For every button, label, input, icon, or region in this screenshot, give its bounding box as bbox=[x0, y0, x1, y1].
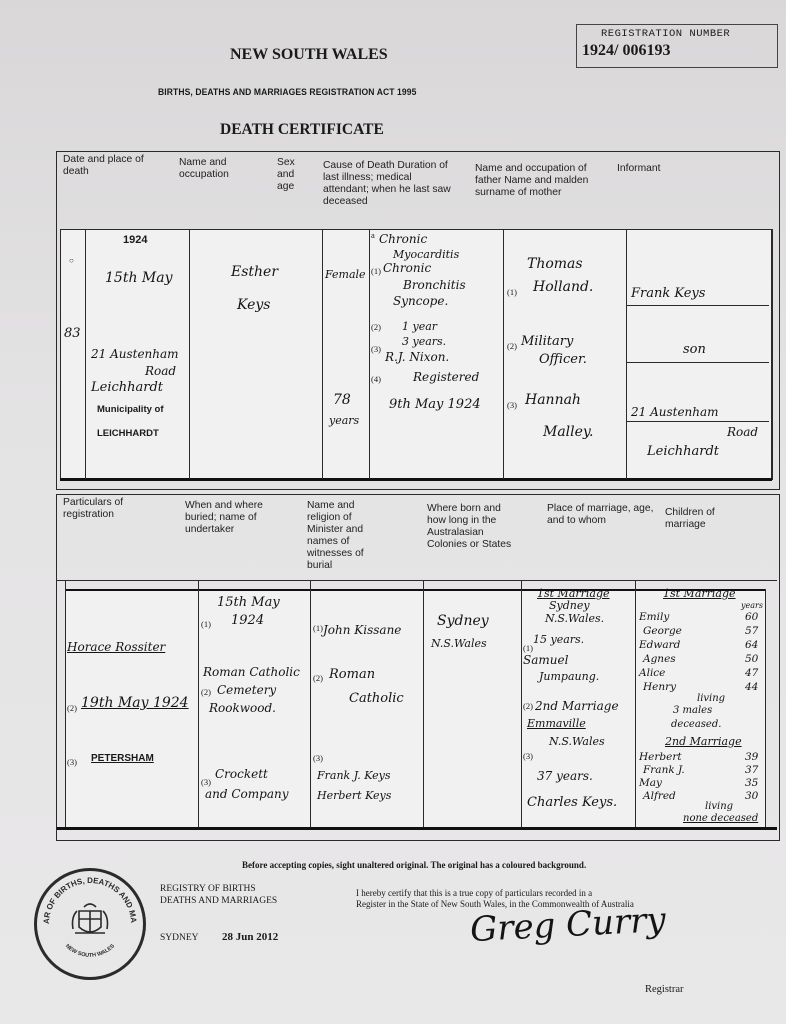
death-details-table: Date and place of death Name and occupat… bbox=[56, 151, 780, 490]
marker-3: (3) bbox=[507, 400, 517, 410]
burial-date-line1: 15th May bbox=[217, 595, 280, 610]
deceased-first-name: Esther bbox=[231, 264, 278, 280]
child-age: 37 bbox=[745, 764, 758, 776]
header-informant: Informant bbox=[617, 163, 697, 175]
marker-3: (3) bbox=[371, 344, 381, 354]
header-children: Children of marriage bbox=[665, 507, 745, 531]
marker-2: (2) bbox=[507, 341, 517, 351]
registration-date: 19th May 1924 bbox=[81, 695, 189, 711]
seal-ring-text: REGISTRAR OF BIRTHS, DEATHS AND MARRIAGE… bbox=[37, 871, 143, 977]
age-unit: years bbox=[329, 414, 359, 427]
registration-number-box: REGISTRATION NUMBER 1924/ 006193 bbox=[576, 24, 778, 68]
religion-line1: Roman bbox=[329, 667, 375, 682]
child-age: 64 bbox=[745, 639, 758, 651]
copy-warning-note: Before accepting copies, sight unaltered… bbox=[242, 860, 586, 870]
father-first-name: Thomas bbox=[527, 256, 583, 272]
death-address-line2: Road bbox=[145, 364, 176, 378]
header-birthplace: Where born and how long in the Australas… bbox=[427, 503, 522, 551]
child-age: 44 bbox=[745, 681, 758, 693]
undertaker-line1: Crockett bbox=[215, 767, 268, 781]
registry-office-line2: DEATHS AND MARRIAGES bbox=[160, 895, 277, 907]
duration-b: 3 years. bbox=[402, 335, 446, 348]
municipality-name: LEICHHARDT bbox=[97, 428, 159, 439]
informant-relation: son bbox=[683, 342, 706, 357]
child-name: Henry bbox=[643, 681, 676, 693]
registration-number-label: REGISTRATION NUMBER bbox=[601, 28, 730, 40]
marriage2-label: 2nd Marriage bbox=[535, 699, 619, 713]
marker-3: (3) bbox=[67, 757, 77, 767]
age-value: 78 bbox=[333, 392, 351, 408]
registry-office: REGISTRY OF BIRTHS DEATHS AND MARRIAGES bbox=[160, 883, 277, 907]
marker-2: (2) bbox=[67, 703, 77, 713]
child-age: 39 bbox=[745, 751, 758, 763]
marriage2-age: 37 years. bbox=[537, 769, 593, 783]
registrar-name: Horace Rossiter bbox=[67, 640, 165, 654]
father-occupation-line1: Military bbox=[521, 334, 573, 349]
cause-b-line1: Chronic bbox=[383, 261, 431, 275]
svg-text:REGISTRAR OF BIRTHS, DEATHS AN: REGISTRAR OF BIRTHS, DEATHS AND MARRIAGE… bbox=[37, 871, 138, 924]
undertaker-line2: and Company bbox=[205, 787, 289, 801]
child-age: 35 bbox=[745, 777, 758, 789]
header-name-occupation: Name and occupation bbox=[179, 157, 249, 181]
marriage1-spouse-line1: Samuel bbox=[523, 653, 568, 667]
registration-place: PETERSHAM bbox=[91, 753, 154, 764]
burial-date-line2: 1924 bbox=[231, 613, 264, 628]
entry-number: 83 bbox=[64, 326, 81, 341]
children-second-marriage-label: 2nd Marriage bbox=[665, 735, 742, 748]
header-marriage: Place of marriage, age, and to whom bbox=[547, 503, 657, 527]
marriage2-spouse: Charles Keys. bbox=[527, 795, 617, 810]
informant-address-line1: 21 Austenham bbox=[631, 405, 719, 419]
marker-1: (1) bbox=[313, 623, 323, 633]
birthplace-line1: Sydney bbox=[437, 613, 489, 629]
first-marriage-note-line1: living bbox=[697, 693, 725, 704]
registry-office-line1: REGISTRY OF BIRTHS bbox=[160, 883, 277, 895]
marker-4: (4) bbox=[371, 374, 381, 384]
header-cause-of-death: Cause of Death Duration of last illness;… bbox=[323, 160, 451, 208]
marriage1-place-line2: N.S.Wales. bbox=[545, 612, 604, 625]
cause-b-line2: Bronchitis bbox=[403, 278, 466, 292]
header-sex-age: Sex and age bbox=[277, 157, 303, 193]
informant-address-line3: Leichhardt bbox=[647, 444, 719, 459]
child-age: 30 bbox=[745, 790, 758, 802]
medical-attendant: R.J. Nixon. bbox=[385, 350, 449, 364]
child-age: 50 bbox=[745, 653, 758, 665]
child-name: Alice bbox=[639, 667, 665, 679]
marker-3: (3) bbox=[523, 751, 533, 761]
ring-mark: ○ bbox=[69, 256, 74, 265]
marker-1: (1) bbox=[201, 619, 211, 629]
cemetery-line3: Rookwood. bbox=[209, 701, 276, 715]
duration-a: 1 year bbox=[402, 320, 437, 333]
child-age: 57 bbox=[745, 625, 758, 637]
child-age: 60 bbox=[745, 611, 758, 623]
marriage2-place-line1: Emmaville bbox=[527, 717, 586, 730]
first-marriage-note-line3: deceased. bbox=[671, 719, 721, 730]
coat-of-arms-icon bbox=[73, 904, 108, 933]
registered-label: Registered bbox=[413, 370, 479, 384]
mother-surname: Malley. bbox=[543, 424, 593, 440]
municipality-label: Municipality of bbox=[97, 404, 164, 415]
marker-2: (2) bbox=[201, 687, 211, 697]
children-first-marriage-label: 1st Marriage bbox=[663, 587, 736, 600]
children-years-label: years bbox=[741, 601, 763, 610]
issue-city: SYDNEY bbox=[160, 933, 199, 943]
cause-a-line1: Chronic bbox=[379, 232, 427, 246]
sex: Female bbox=[325, 268, 366, 281]
header-minister: Name and religion of Minister and names … bbox=[307, 500, 382, 572]
father-surname: Holland. bbox=[533, 279, 593, 295]
header-date-place: Date and place of death bbox=[63, 154, 163, 178]
marker-1: (1) bbox=[371, 266, 381, 276]
cause-c: Syncope. bbox=[393, 294, 448, 308]
marker-2: (2) bbox=[523, 701, 533, 711]
child-name: Herbert bbox=[639, 751, 682, 763]
jurisdiction-title: NEW SOUTH WALES bbox=[230, 46, 388, 64]
death-year: 1924 bbox=[123, 234, 147, 246]
marriage2-place-line2: N.S.Wales bbox=[549, 735, 605, 748]
child-name: Edward bbox=[639, 639, 680, 651]
marker-1: (1) bbox=[507, 287, 517, 297]
child-name: May bbox=[639, 777, 662, 789]
death-address-line1: 21 Austenham bbox=[91, 347, 179, 361]
cemetery-line2: Cemetery bbox=[217, 683, 276, 697]
informant-name: Frank Keys bbox=[631, 286, 705, 301]
death-date: 15th May bbox=[105, 270, 173, 286]
registration-details-table: Particulars of registration When and whe… bbox=[56, 494, 780, 841]
witness-2: Herbert Keys bbox=[317, 789, 391, 802]
birthplace-line2: N.S.Wales bbox=[431, 637, 487, 650]
marriage1-spouse-line2: Jumpaung. bbox=[539, 670, 599, 683]
issue-date: 28 Jun 2012 bbox=[222, 931, 278, 943]
svg-text:NEW SOUTH WALES: NEW SOUTH WALES bbox=[64, 943, 116, 959]
marker-2: (2) bbox=[313, 673, 323, 683]
mother-first-name: Hannah bbox=[525, 392, 581, 408]
header-burial: When and where buried; name of undertake… bbox=[185, 500, 265, 536]
registrar-seal: REGISTRAR OF BIRTHS, DEATHS AND MARRIAGE… bbox=[34, 868, 146, 980]
child-name: Agnes bbox=[643, 653, 676, 665]
deceased-surname: Keys bbox=[237, 297, 270, 313]
child-name: Alfred bbox=[643, 790, 676, 802]
marriage1-age: 15 years. bbox=[533, 633, 584, 646]
second-marriage-note-line1: living bbox=[705, 801, 733, 812]
second-marriage-note-line2: none deceased bbox=[683, 813, 758, 824]
certificate-title: DEATH CERTIFICATE bbox=[220, 121, 384, 139]
death-address-line3: Leichhardt bbox=[91, 380, 163, 395]
header-parents: Name and occupation of father Name and m… bbox=[475, 163, 605, 199]
child-name: George bbox=[643, 625, 682, 637]
cemetery-line1: Roman Catholic bbox=[203, 665, 300, 679]
first-marriage-note-line2: 3 males bbox=[673, 705, 712, 716]
cause-a-line2: Myocarditis bbox=[393, 248, 459, 261]
marker-a: a bbox=[371, 230, 375, 240]
registration-number: 1924/ 006193 bbox=[582, 42, 670, 60]
marker-3: (3) bbox=[313, 753, 323, 763]
registrar-label: Registrar bbox=[645, 984, 684, 995]
child-name: Frank J. bbox=[643, 764, 685, 776]
child-name: Emily bbox=[639, 611, 669, 623]
father-occupation-line2: Officer. bbox=[539, 352, 587, 367]
certification-line1: I hereby certify that this is a true cop… bbox=[356, 888, 634, 899]
registered-date: 9th May 1924 bbox=[389, 397, 481, 412]
marriage1-place-line1: Sydney bbox=[549, 599, 590, 612]
marker-2: (2) bbox=[371, 322, 381, 332]
minister-name: John Kissane bbox=[323, 623, 401, 637]
religion-line2: Catholic bbox=[349, 691, 404, 706]
child-age: 47 bbox=[745, 667, 758, 679]
marker-3: (3) bbox=[201, 777, 211, 787]
informant-address-line2: Road bbox=[727, 425, 758, 439]
witness-1: Frank J. Keys bbox=[317, 769, 391, 782]
header-particulars: Particulars of registration bbox=[63, 497, 163, 521]
act-title: BIRTHS, DEATHS AND MARRIAGES REGISTRATIO… bbox=[158, 87, 416, 97]
marker-1: (1) bbox=[523, 643, 533, 653]
